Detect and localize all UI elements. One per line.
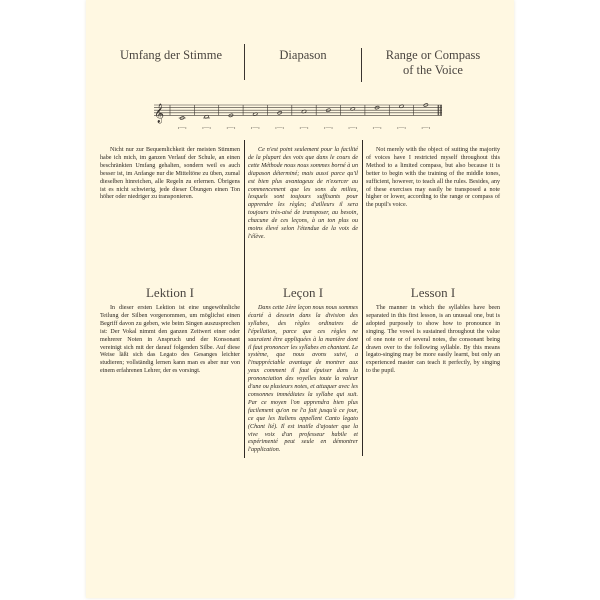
column-divider-left: [244, 140, 245, 458]
lesson-german-text: In dieser ersten Lektion ist eine ungewö…: [100, 305, 240, 376]
intro-english-text: Not merely with the object of suiting th…: [366, 147, 500, 210]
intro-french: Ce n'est point seulement pour la facilit…: [248, 147, 358, 242]
intro-german: Nicht nur zur Bequemlichkeit der meisten…: [100, 147, 240, 202]
lesson-german-heading: Lektion I: [100, 285, 240, 300]
header-divider-right: [361, 48, 362, 82]
svg-text:‹—›: ‹—›: [226, 125, 235, 131]
svg-text:‹—›: ‹—›: [373, 125, 382, 131]
lesson-english-heading: Lesson I: [366, 285, 500, 300]
svg-text:‹—›: ‹—›: [324, 125, 333, 131]
svg-text:‹—›: ‹—›: [299, 125, 308, 131]
svg-text:‹—›: ‹—›: [421, 125, 430, 131]
intro-german-text: Nicht nur zur Bequemlichkeit der meisten…: [100, 147, 240, 202]
title-english-line2: of the Voice: [368, 63, 498, 78]
music-staff: 𝄞‹—›‹—›‹—›‹—›‹—›‹—›‹—›‹—›‹—›‹—›‹—›: [152, 101, 446, 135]
lesson-english-text: The manner in which the syllables have b…: [366, 305, 500, 376]
staff-notation: 𝄞‹—›‹—›‹—›‹—›‹—›‹—›‹—›‹—›‹—›‹—›‹—›: [152, 101, 446, 135]
svg-text:‹—›: ‹—›: [251, 125, 260, 131]
lesson-french-text: Dans cette 1ère leçon nous nous sommes é…: [248, 305, 358, 455]
svg-text:‹—›: ‹—›: [348, 125, 357, 131]
svg-text:‹—›: ‹—›: [397, 125, 406, 131]
lesson-french: Leçon I Dans cette 1ère leçon nous nous …: [248, 285, 358, 455]
lesson-english: Lesson I The manner in which the syllabl…: [366, 285, 500, 376]
column-divider-right: [362, 140, 363, 456]
svg-text:‹—›: ‹—›: [178, 125, 187, 131]
svg-text:‹—›: ‹—›: [275, 125, 284, 131]
treble-clef-icon: 𝄞: [154, 103, 164, 123]
lesson-french-heading: Leçon I: [248, 285, 358, 300]
lesson-german: Lektion I In dieser ersten Lektion ist e…: [100, 285, 240, 376]
svg-text:‹—›: ‹—›: [202, 125, 211, 131]
intro-french-text: Ce n'est point seulement pour la facilit…: [248, 147, 358, 242]
title-french: Diapason: [244, 48, 362, 63]
title-english: Range or Compass of the Voice: [368, 48, 498, 78]
intro-english: Not merely with the object of suiting th…: [366, 147, 500, 210]
title-german: Umfang der Stimme: [108, 48, 234, 63]
book-page: Umfang der Stimme Diapason Range or Comp…: [86, 0, 514, 598]
title-english-line1: Range or Compass: [368, 48, 498, 63]
page-header: Umfang der Stimme Diapason Range or Comp…: [86, 44, 514, 94]
